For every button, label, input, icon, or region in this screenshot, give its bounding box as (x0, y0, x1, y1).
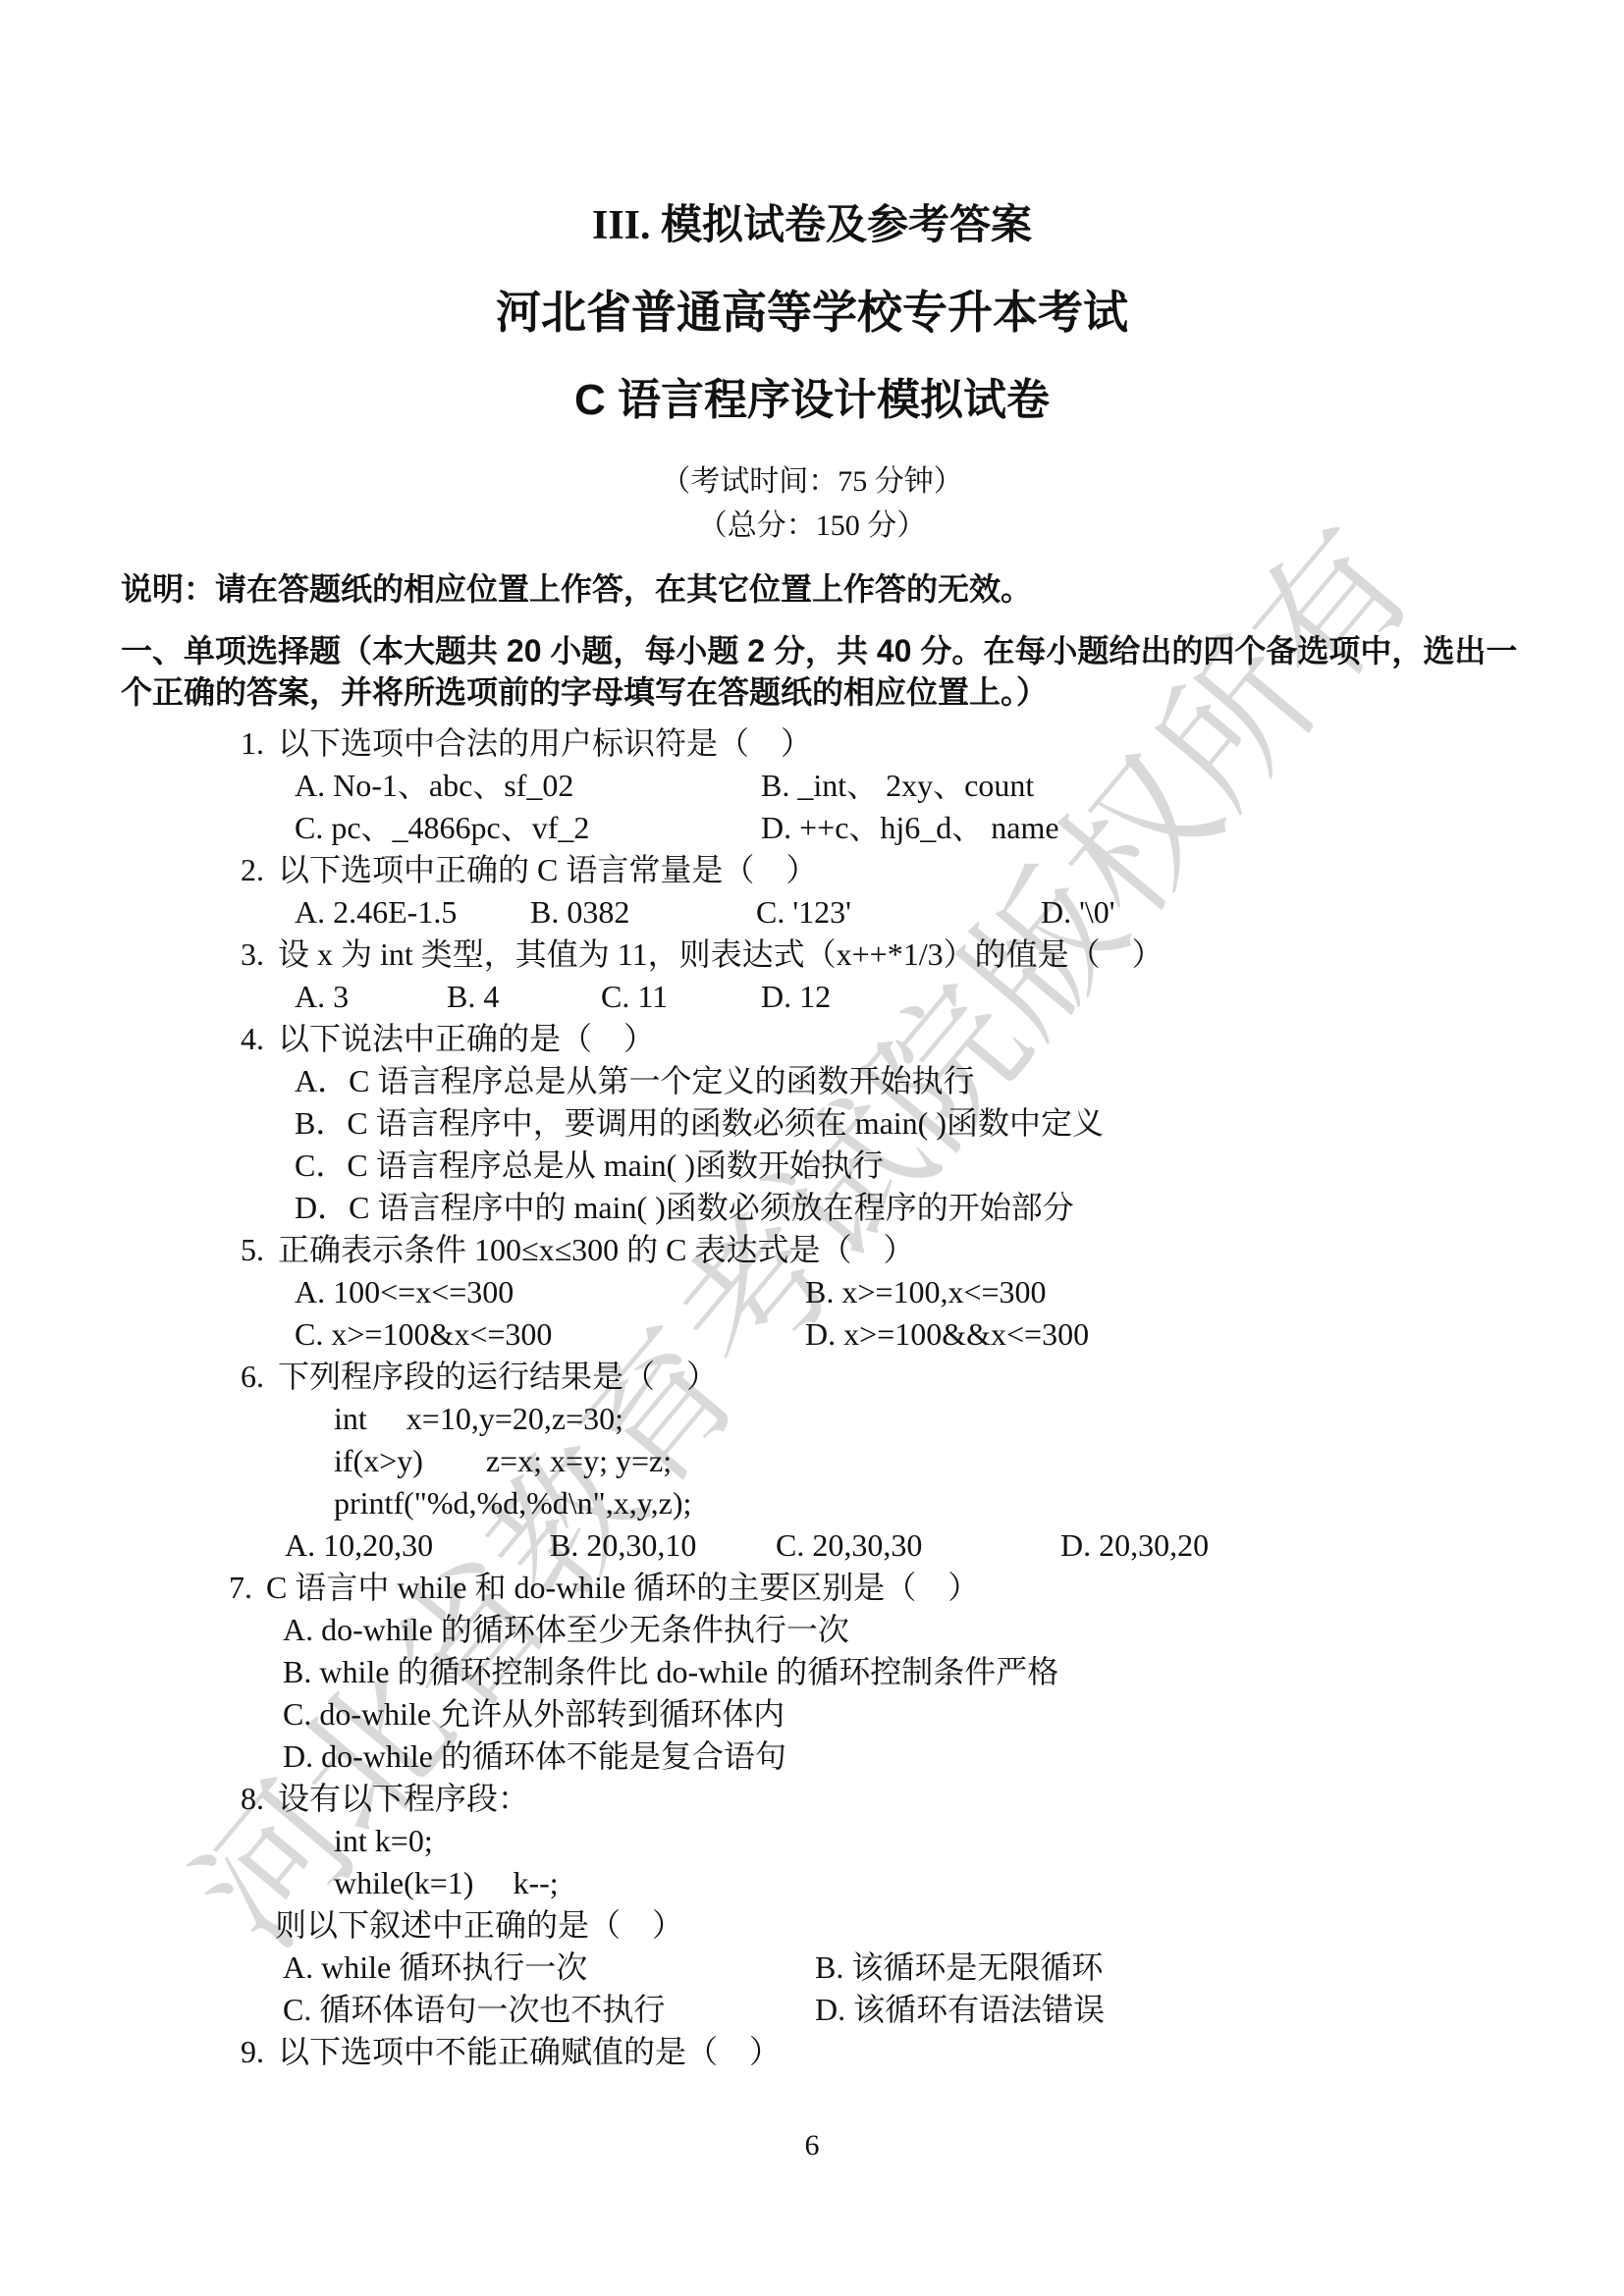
q8-code-line-2: while(k=1) k--; (334, 1864, 559, 1901)
question-3: 3.设 x 为 int 类型，其值为 11，则表达式（x++*1/3）的值是（ … (241, 935, 1164, 973)
q7-option-b: B. while 的循环控制条件比 do-while 的循环控制条件严格 (283, 1653, 1058, 1690)
q7-option-c: C. do-while 允许从外部转到循环体内 (283, 1695, 785, 1733)
total-score: （总分：150 分） (0, 508, 1624, 544)
q3-option-d: D. 12 (761, 978, 831, 1015)
question-2-number: 2. (241, 852, 264, 887)
q3-option-a: A. 3 (295, 978, 349, 1015)
q2-option-c: C. '123' (756, 893, 851, 931)
q5-option-a: A. 100<=x<=300 (295, 1273, 514, 1310)
question-3-text: 设 x 为 int 类型，其值为 11，则表达式（x++*1/3）的值是（ ） (278, 936, 1164, 972)
question-5-text: 正确表示条件 100≤x≤300 的 C 表达式是（ ） (278, 1232, 914, 1267)
question-4: 4.以下说法中正确的是（ ） (241, 1020, 655, 1057)
title-text: 模拟试卷及参考答案 (661, 201, 1032, 247)
question-9-number: 9. (241, 2034, 264, 2069)
question-5: 5.正确表示条件 100≤x≤300 的 C 表达式是（ ） (241, 1231, 914, 1268)
q4-option-d: D．C 语言程序中的 main( )函数必须放在程序的开始部分 (295, 1189, 1074, 1226)
page-number: 6 (0, 2128, 1624, 2163)
question-4-number: 4. (241, 1021, 264, 1056)
question-8-number: 8. (241, 1781, 264, 1816)
q6-code-line-3: printf("%d,%d,%d\n",x,y,z); (334, 1484, 691, 1522)
question-6: 6.下列程序段的运行结果是（ ） (241, 1358, 718, 1395)
q1-option-d: D. ++c、hj6_d、 name (761, 809, 1059, 846)
paper-title: C 语言程序设计模拟试卷 (0, 375, 1624, 427)
q6-option-c: C. 20,30,30 (776, 1526, 922, 1564)
q2-option-b: B. 0382 (530, 893, 629, 931)
page-title: III. 模拟试卷及参考答案 (0, 200, 1624, 250)
section-heading-line1: 一、单项选择题（本大题共 20 小题，每小题 2 分，共 40 分。在每小题给出… (121, 632, 1517, 669)
notice-line: 说明：请在答题纸的相应位置上作答，在其它位置上作答的无效。 (121, 570, 1032, 608)
q5-option-b: B. x>=100,x<=300 (805, 1273, 1047, 1310)
exam-subtitle: 河北省普通高等学校专升本考试 (0, 286, 1624, 340)
q6-option-b: B. 20,30,10 (550, 1526, 696, 1564)
q1-option-c: C. pc、_4866pc、vf_2 (295, 809, 589, 846)
title-roman-numeral: III. (592, 203, 651, 248)
q6-code-line-1: int x=10,y=20,z=30; (334, 1400, 623, 1437)
q3-option-b: B. 4 (447, 978, 499, 1015)
question-8: 8.设有以下程序段： (241, 1780, 529, 1817)
exam-time: （考试时间：75 分钟） (0, 464, 1624, 500)
question-5-number: 5. (241, 1232, 264, 1267)
q5-option-d: D. x>=100&&x<=300 (805, 1315, 1089, 1353)
q2-option-a: A. 2.46E-1.5 (295, 893, 457, 931)
q8-option-c: C. 循环体语句一次也不执行 (283, 1991, 665, 2028)
q6-option-a: A. 10,20,30 (285, 1526, 433, 1564)
q1-option-a: A. No-1、abc、sf_02 (295, 767, 573, 804)
q8-code-line-1: int k=0; (334, 1822, 433, 1859)
question-2: 2.以下选项中正确的 C 语言常量是（ ） (241, 851, 817, 888)
question-1-number: 1. (241, 725, 264, 761)
q7-option-d: D. do-while 的循环体不能是复合语句 (283, 1737, 786, 1775)
q5-option-c: C. x>=100&x<=300 (295, 1315, 552, 1353)
question-6-text: 下列程序段的运行结果是（ ） (278, 1359, 718, 1394)
q2-option-d: D. '\0' (1041, 893, 1115, 931)
question-4-text: 以下说法中正确的是（ ） (278, 1021, 655, 1056)
q3-option-c: C. 11 (601, 978, 668, 1015)
question-1: 1.以下选项中合法的用户标识符是（ ） (241, 724, 812, 762)
q8-option-b: B. 该循环是无限循环 (815, 1949, 1103, 1986)
exam-paper-page: 河北省教育考试院版权所有 III. 模拟试卷及参考答案 河北省普通高等学校专升本… (0, 0, 1624, 2296)
question-3-number: 3. (241, 936, 264, 972)
q1-option-b: B. _int、 2xy、count (761, 767, 1034, 804)
section-heading-line2: 个正确的答案，并将所选项前的字母填写在答题纸的相应位置上。） (121, 673, 1048, 711)
question-8-text: 设有以下程序段： (278, 1781, 529, 1816)
page-content: III. 模拟试卷及参考答案 河北省普通高等学校专升本考试 C 语言程序设计模拟… (0, 0, 1624, 2296)
q4-option-a: A．C 语言程序总是从第一个定义的函数开始执行 (295, 1062, 974, 1099)
q4-option-c: C．C 语言程序总是从 main( )函数开始执行 (295, 1147, 884, 1184)
q6-code-line-2: if(x>y) z=x; x=y; y=z; (334, 1442, 672, 1479)
q8-option-d: D. 该循环有语法错误 (815, 1991, 1105, 2028)
q8-post-text: 则以下叙述中正确的是（ ） (275, 1906, 683, 1944)
question-9-text: 以下选项中不能正确赋值的是（ ） (278, 2034, 781, 2069)
q6-option-d: D. 20,30,20 (1060, 1526, 1209, 1564)
question-7: 7.C 语言中 while 和 do-while 循环的主要区别是（ ） (229, 1569, 979, 1606)
question-1-text: 以下选项中合法的用户标识符是（ ） (278, 725, 812, 761)
question-2-text: 以下选项中正确的 C 语言常量是（ ） (278, 852, 817, 887)
q4-option-b: B．C 语言程序中，要调用的函数必须在 main( )函数中定义 (295, 1104, 1104, 1142)
question-7-text: C 语言中 while 和 do-while 循环的主要区别是（ ） (266, 1570, 979, 1605)
q8-option-a: A. while 循环执行一次 (283, 1949, 587, 1986)
question-6-number: 6. (241, 1359, 264, 1394)
question-9: 9.以下选项中不能正确赋值的是（ ） (241, 2033, 781, 2070)
q7-option-a: A. do-while 的循环体至少无条件执行一次 (283, 1611, 849, 1648)
question-7-number: 7. (229, 1570, 252, 1605)
